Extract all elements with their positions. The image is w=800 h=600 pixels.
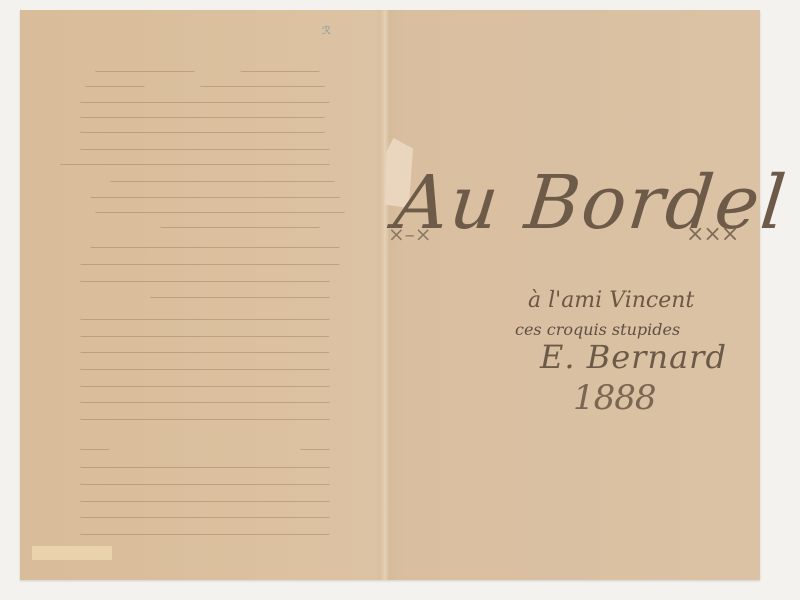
dedication-text: à l'ami Vincent — [528, 288, 694, 313]
collection-stamp — [32, 546, 112, 560]
signature: E. Bernard — [540, 338, 727, 376]
title-decoration-right: ××× — [686, 222, 738, 247]
corner-mark: ℛ — [322, 24, 331, 37]
center-fold — [380, 10, 390, 580]
subtitle-text: ces croquis stupides — [515, 320, 680, 339]
year: 1888 — [573, 378, 656, 418]
